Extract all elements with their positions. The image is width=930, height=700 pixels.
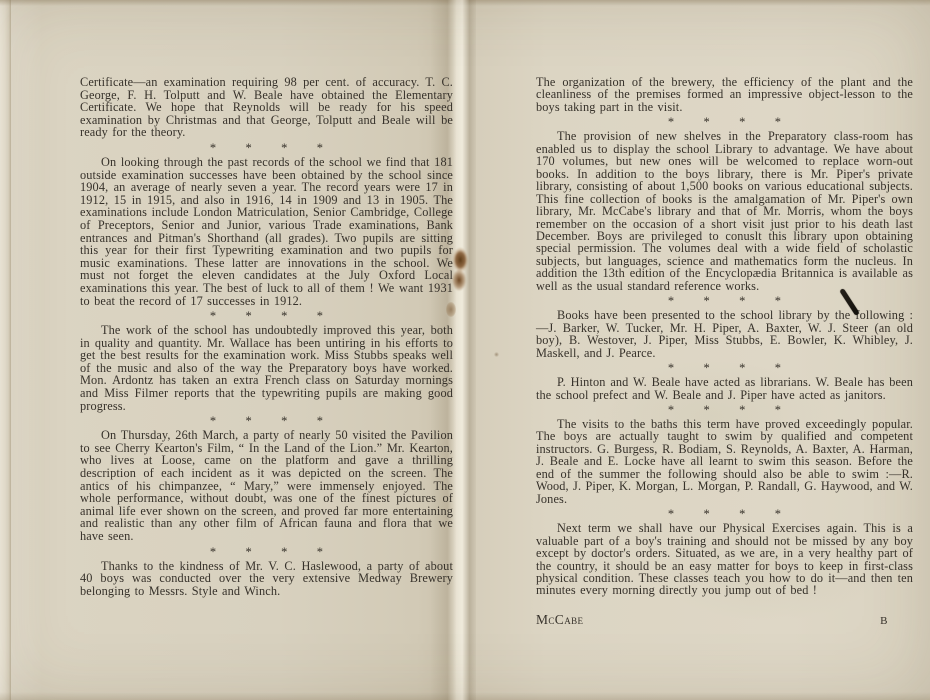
page-edge	[0, 0, 11, 700]
body-paragraph: The work of the school has undoubtedly i…	[80, 324, 453, 412]
body-paragraph: P. Hinton and W. Beale have acted as lib…	[536, 376, 913, 401]
body-paragraph: On Thursday, 26th March, a party of near…	[80, 429, 453, 542]
body-paragraph: Certificate—an examination requiring 98 …	[80, 76, 453, 139]
body-paragraph: Thanks to the kindness of Mr. V. C. Hasl…	[80, 560, 453, 598]
foxing-stain	[446, 302, 456, 317]
asterisk-separator: * * * *	[536, 508, 913, 520]
asterisk-separator: * * * *	[536, 116, 913, 128]
foxing-stain	[494, 352, 499, 357]
asterisk-separator: * * * *	[536, 404, 913, 416]
asterisk-separator: * * * *	[80, 310, 453, 322]
body-paragraph: Books have been presented to the school …	[536, 309, 913, 359]
body-paragraph: The visits to the baths this term have p…	[536, 418, 913, 505]
asterisk-separator: * * * *	[80, 415, 453, 427]
body-paragraph: On looking through the past records of t…	[80, 156, 453, 307]
page-footer: McCabe B	[536, 614, 913, 627]
printers-signature-mark: B	[880, 615, 913, 627]
right-page-text: The organization of the brewery, the eff…	[536, 76, 913, 627]
body-paragraph: The organization of the brewery, the eff…	[536, 76, 913, 113]
asterisk-separator: * * * *	[536, 295, 913, 307]
asterisk-separator: * * * *	[536, 362, 913, 374]
left-page-text: Certificate—an examination requiring 98 …	[80, 76, 453, 597]
asterisk-separator: * * * *	[80, 546, 453, 558]
body-paragraph: Next term we shall have our Physical Exe…	[536, 522, 913, 597]
author-signature: McCabe	[536, 614, 583, 626]
book-spread: Certificate—an examination requiring 98 …	[0, 0, 930, 700]
asterisk-separator: * * * *	[80, 142, 453, 154]
body-paragraph: The provision of new shelves in the Prep…	[536, 130, 913, 292]
foxing-stain	[451, 247, 469, 293]
